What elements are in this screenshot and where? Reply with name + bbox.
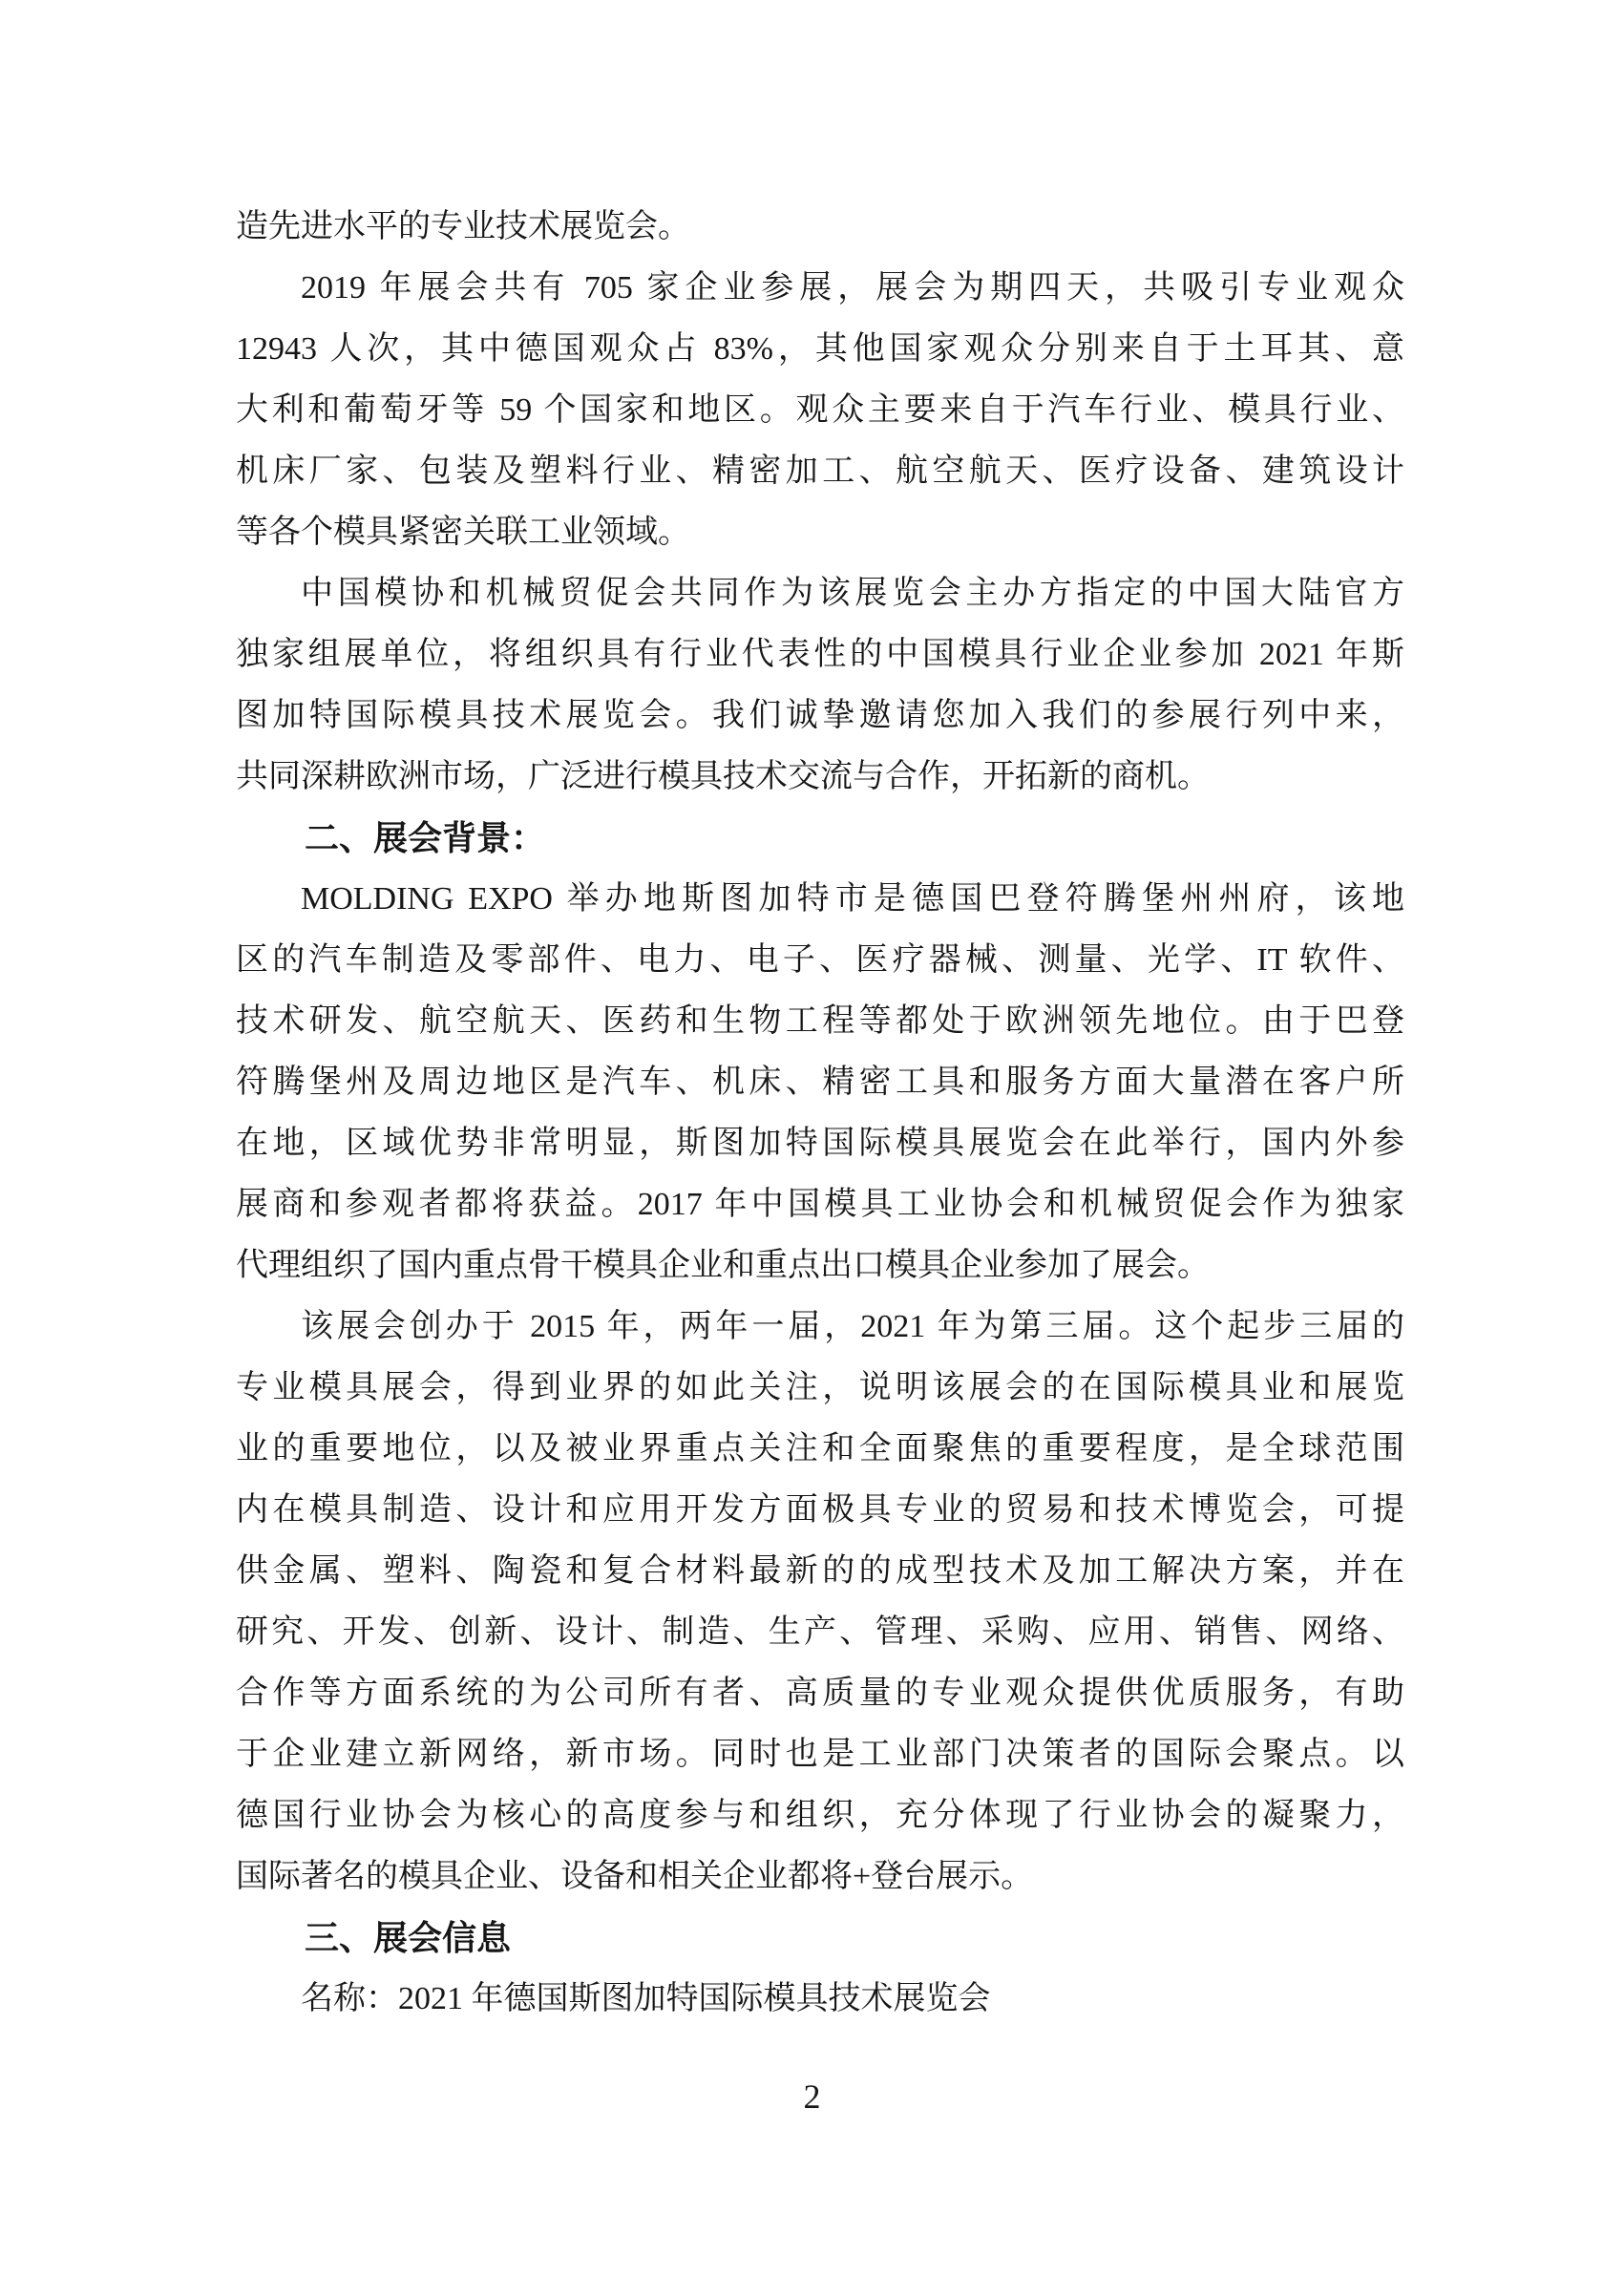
- document-body: 造先进水平的专业技术展览会。2019 年展会共有 705 家企业参展，展会为期四…: [236, 197, 1404, 2030]
- text-line: 国际著名的模具企业、设备和相关企业都将+登台展示。: [236, 1846, 1404, 1908]
- text-line: 机床厂家、包装及塑料行业、精密加工、航空航天、医疗设备、建筑设计: [236, 441, 1404, 502]
- text-line: 专业模具展会，得到业界的如此关注，说明该展会的在国际模具业和展览: [236, 1358, 1404, 1419]
- section-heading: 三、展会信息: [236, 1908, 1404, 1969]
- text-line: 研究、开发、创新、设计、制造、生产、管理、采购、应用、销售、网络、: [236, 1602, 1404, 1663]
- text-line: 等各个模具紧密关联工业领域。: [236, 502, 1404, 563]
- text-line: 在地，区域优势非常明显，斯图加特国际模具展览会在此举行，国内外参: [236, 1113, 1404, 1174]
- text-line: 技术研发、航空航天、医药和生物工程等都处于欧洲领先地位。由于巴登: [236, 991, 1404, 1052]
- page-number: 2: [0, 2074, 1624, 2120]
- text-line: 区的汽车制造及零部件、电力、电子、医疗器械、测量、光学、IT 软件、: [236, 930, 1404, 991]
- text-line: 2019 年展会共有 705 家企业参展，展会为期四天，共吸引专业观众: [236, 258, 1404, 319]
- text-line: MOLDING EXPO 举办地斯图加特市是德国巴登符腾堡州州府，该地: [236, 869, 1404, 930]
- text-line: 中国模协和机械贸促会共同作为该展览会主办方指定的中国大陆官方: [236, 563, 1404, 624]
- text-line: 展商和参观者都将获益。2017 年中国模具工业协会和机械贸促会作为独家: [236, 1174, 1404, 1235]
- text-line: 于企业建立新网络，新市场。同时也是工业部门决策者的国际会聚点。以: [236, 1724, 1404, 1785]
- text-line: 名称：2021 年德国斯图加特国际模具技术展览会: [236, 1969, 1404, 2030]
- text-line: 符腾堡州及周边地区是汽车、机床、精密工具和服务方面大量潜在客户所: [236, 1052, 1404, 1113]
- text-line: 德国行业协会为核心的高度参与和组织，充分体现了行业协会的凝聚力，: [236, 1785, 1404, 1846]
- text-line: 供金属、塑料、陶瓷和复合材料最新的的成型技术及加工解决方案，并在: [236, 1541, 1404, 1602]
- text-line: 造先进水平的专业技术展览会。: [236, 197, 1404, 258]
- text-line: 独家组展单位，将组织具有行业代表性的中国模具行业企业参加 2021 年斯: [236, 624, 1404, 686]
- section-heading: 二、展会背景：: [236, 808, 1404, 869]
- text-line: 内在模具制造、设计和应用开发方面极具专业的贸易和技术博览会，可提: [236, 1480, 1404, 1541]
- document-page: 造先进水平的专业技术展览会。2019 年展会共有 705 家企业参展，展会为期四…: [0, 0, 1624, 2278]
- text-line: 12943 人次，其中德国观众占 83%，其他国家观众分别来自于土耳其、意: [236, 319, 1404, 380]
- text-line: 业的重要地位，以及被业界重点关注和全面聚焦的重要程度，是全球范围: [236, 1419, 1404, 1480]
- text-line: 该展会创办于 2015 年，两年一届，2021 年为第三届。这个起步三届的: [236, 1297, 1404, 1358]
- text-line: 代理组织了国内重点骨干模具企业和重点出口模具企业参加了展会。: [236, 1235, 1404, 1297]
- text-line: 共同深耕欧洲市场，广泛进行模具技术交流与合作，开拓新的商机。: [236, 747, 1404, 808]
- text-line: 图加特国际模具技术展览会。我们诚挚邀请您加入我们的参展行列中来，: [236, 686, 1404, 747]
- text-line: 合作等方面系统的为公司所有者、高质量的专业观众提供优质服务，有助: [236, 1663, 1404, 1724]
- text-line: 大利和葡萄牙等 59 个国家和地区。观众主要来自于汽车行业、模具行业、: [236, 380, 1404, 441]
